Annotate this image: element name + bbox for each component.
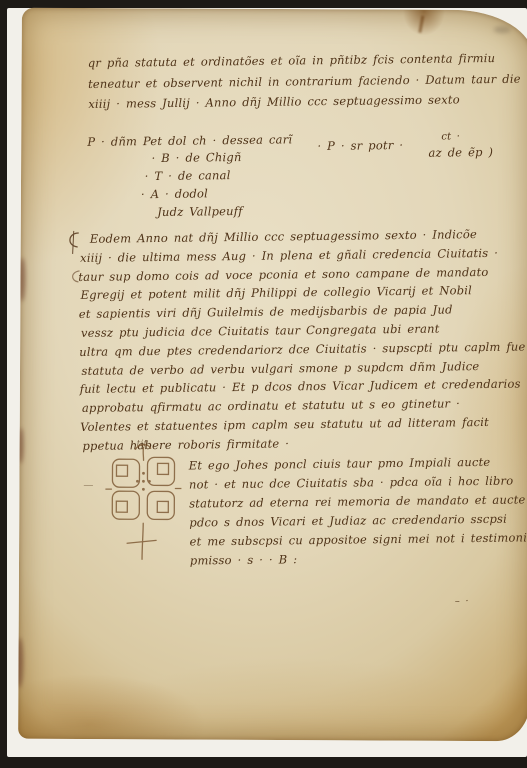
parchment-page: qr pña statuta et ordinatões et oĩa in p… bbox=[18, 8, 527, 742]
witness-name: Judz Vallpeuff bbox=[157, 204, 243, 219]
ink-stain bbox=[418, 16, 424, 33]
witness-name: · P · sr potr · bbox=[317, 138, 403, 153]
notary-subscription: Et ego Johes poncl ciuis taur pmo Impial… bbox=[189, 452, 527, 570]
witness-heading: P · dñm Pet dol ch · dessea carĩ bbox=[87, 132, 292, 149]
witness-abbreviation: ct · bbox=[441, 131, 460, 142]
witness-name: · B · de Chigñ bbox=[151, 150, 241, 165]
margin-dash: — bbox=[83, 480, 93, 491]
manuscript-line: pmisso · s · · B : bbox=[190, 547, 527, 570]
witness-name: · A · dodol bbox=[141, 186, 208, 201]
end-marks: – · bbox=[455, 596, 469, 607]
witness-list: P · dñm Pet dol ch · dessea carĩ · B · d… bbox=[21, 129, 527, 235]
closing-paragraph: qr pña statuta et ordinatões et oĩa in p… bbox=[88, 48, 521, 115]
notarial-sign-icon bbox=[105, 439, 182, 567]
manuscript-line: xiiij · mess Jullij · Anno dñj Millio cc… bbox=[88, 89, 521, 115]
edge-stain bbox=[18, 638, 24, 688]
edge-stain bbox=[18, 428, 24, 464]
witness-name: · T · de canal bbox=[145, 168, 231, 183]
manuscript-photo: qr pña statuta et ordinatões et oĩa in p… bbox=[0, 0, 527, 768]
faint-corner-mark bbox=[494, 26, 511, 33]
record-paragraph: Eodem Anno nat dñj Millio ccc septuagess… bbox=[78, 225, 527, 456]
witness-name: az de ẽp ) bbox=[428, 145, 493, 160]
